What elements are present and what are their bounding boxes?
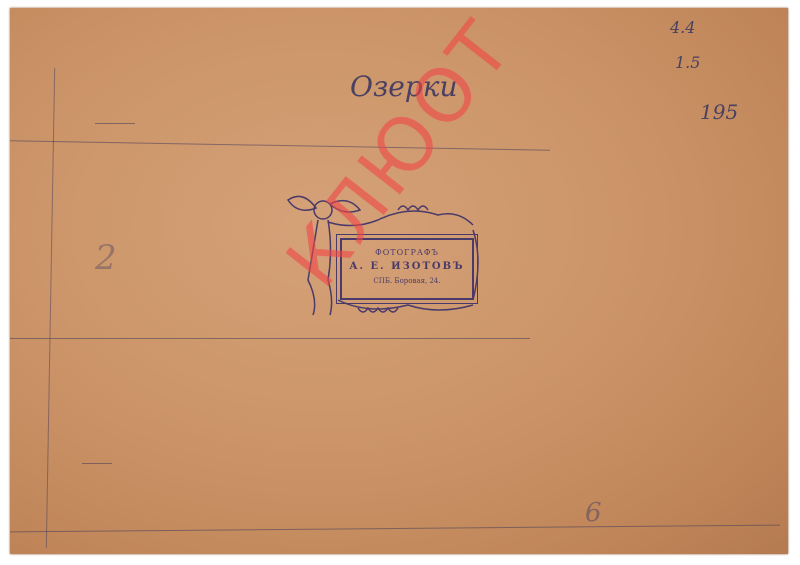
pencil-line xyxy=(10,338,530,339)
pencil-mark: 6 xyxy=(585,498,602,528)
pencil-line xyxy=(10,140,550,150)
corner-note: 4.4 xyxy=(670,18,695,37)
pencil-dash xyxy=(82,463,112,464)
corner-note: 1.5 xyxy=(675,53,700,72)
corner-note: 195 xyxy=(700,100,738,124)
pencil-mark: 2 xyxy=(95,238,117,278)
stamp-address: СПБ. Боровая, 24. xyxy=(342,274,472,288)
pencil-dash xyxy=(95,123,135,124)
pencil-line xyxy=(10,525,780,533)
